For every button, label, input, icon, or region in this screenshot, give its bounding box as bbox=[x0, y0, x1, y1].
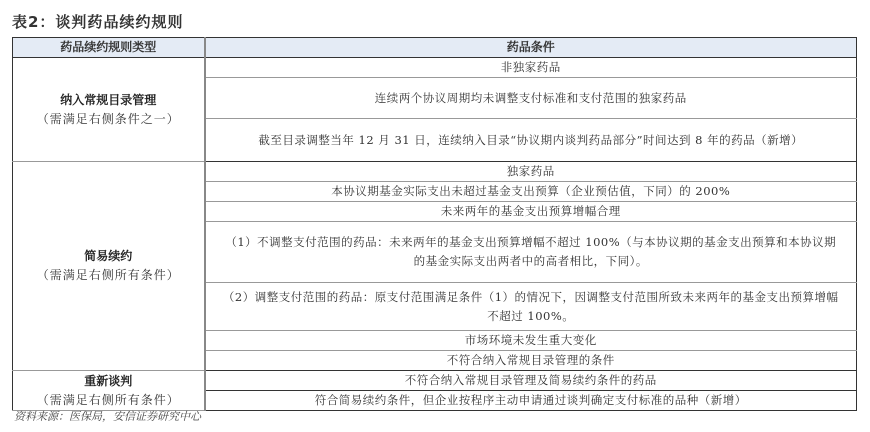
rule-type-name: 简易续约 bbox=[19, 247, 198, 266]
rule-type-requirement: （需满足右侧所有条件） bbox=[19, 391, 198, 410]
rule-type-name: 重新谈判 bbox=[19, 372, 198, 391]
rule-type-renegotiation: 重新谈判 （需满足右侧所有条件） bbox=[13, 371, 205, 411]
condition-cell: 本协议期基金实际支出未超过基金支出预算（企业预估值，下同）的 200% bbox=[205, 182, 857, 202]
rule-type-regular-catalog: 纳入常规目录管理 （需满足右侧条件之一） bbox=[13, 58, 205, 162]
condition-cell: 市场环境未发生重大变化 bbox=[205, 331, 857, 351]
table-row: 重新谈判 （需满足右侧所有条件） 不符合纳入常规目录管理及简易续约条件的药品 bbox=[13, 371, 857, 391]
table-header-row: 药品续约规则类型 药品条件 bbox=[13, 38, 857, 58]
condition-cell: 未来两年的基金支出预算增幅合理 bbox=[205, 202, 857, 222]
condition-cell: 截至目录调整当年 12 月 31 日，连续纳入目录“协议期内谈判药品部分”时间达… bbox=[205, 119, 857, 162]
condition-cell: 不符合纳入常规目录管理及简易续约条件的药品 bbox=[205, 371, 857, 391]
table-row: 纳入常规目录管理 （需满足右侧条件之一） 非独家药品 bbox=[13, 58, 857, 78]
renewal-rules-table: 药品续约规则类型 药品条件 纳入常规目录管理 （需满足右侧条件之一） 非独家药品… bbox=[12, 37, 857, 411]
rule-type-name: 纳入常规目录管理 bbox=[19, 91, 198, 110]
table-title: 表2：谈判药品续约规则 bbox=[12, 12, 183, 32]
condition-cell: （1）不调整支付范围的药品：未来两年的基金支出预算增幅不超过 100%（与本协议… bbox=[205, 222, 857, 283]
rule-type-requirement: （需满足右侧所有条件） bbox=[19, 266, 198, 285]
header-drug-condition: 药品条件 bbox=[205, 38, 857, 58]
header-rule-type: 药品续约规则类型 bbox=[13, 38, 205, 58]
condition-cell: （2）调整支付范围的药品：原支付范围满足条件（1）的情况下，因调整支付范围所致未… bbox=[205, 283, 857, 331]
condition-cell: 不符合纳入常规目录管理的条件 bbox=[205, 351, 857, 371]
table-row: 简易续约 （需满足右侧所有条件） 独家药品 bbox=[13, 162, 857, 182]
condition-cell: 符合简易续约条件，但企业按程序主动申请通过谈判确定支付标准的品种（新增） bbox=[205, 391, 857, 411]
condition-cell: 非独家药品 bbox=[205, 58, 857, 78]
rule-type-simple-renewal: 简易续约 （需满足右侧所有条件） bbox=[13, 162, 205, 371]
condition-cell: 独家药品 bbox=[205, 162, 857, 182]
condition-cell: 连续两个协议周期均未调整支付标准和支付范围的独家药品 bbox=[205, 78, 857, 119]
rule-type-requirement: （需满足右侧条件之一） bbox=[19, 110, 198, 129]
source-note: 资料来源：医保局，安信证券研究中心 bbox=[14, 409, 201, 425]
